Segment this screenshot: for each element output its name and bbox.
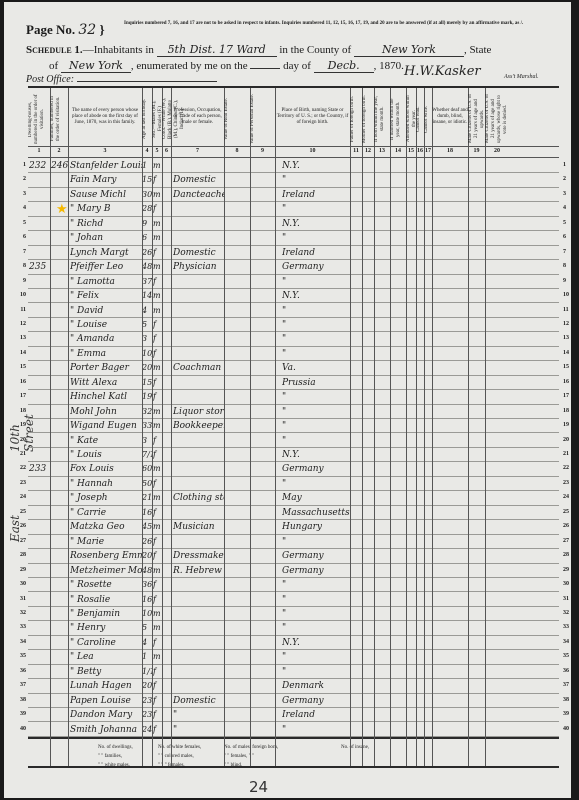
birthplace-cell: Germany xyxy=(282,260,350,274)
table-row: 3232" Benjamin10m" xyxy=(28,607,559,621)
column-number: 14 xyxy=(390,148,406,154)
column-header: Whether deaf and dumb, blind, insane, or… xyxy=(432,108,468,126)
table-row: 1212" Louise5f" xyxy=(28,318,559,332)
column-divider xyxy=(468,88,469,766)
dwelling-cell xyxy=(29,318,50,332)
birthplace-cell: " xyxy=(282,650,350,664)
name-cell: Metzheimer Moses xyxy=(70,564,142,578)
name-cell: Mohl John xyxy=(70,405,142,419)
column-header: Cannot write. xyxy=(424,94,432,144)
column-divider xyxy=(432,88,433,766)
table-row: 3333" Henry5m" xyxy=(28,621,559,635)
table-row: 1616Witt Alexa15fPrussia xyxy=(28,376,559,390)
birthplace-cell: " xyxy=(282,607,350,621)
name-cell: " Rosalie xyxy=(70,593,142,607)
line-number-left: 40 xyxy=(14,726,26,732)
dwelling-cell xyxy=(29,650,50,664)
footer-blind: " " blind, xyxy=(224,763,242,768)
family-cell xyxy=(51,621,68,635)
table-row: 66" Johan6m" xyxy=(28,231,559,245)
column-divider xyxy=(142,88,143,766)
name-cell: " Kate xyxy=(70,434,142,448)
name-cell: Dandon Mary xyxy=(70,708,142,722)
summary-footer: No. of dwellings, " " families, " " whit… xyxy=(28,737,559,770)
occupation-cell: R. Hebrew Clergyman xyxy=(173,564,224,578)
column-header: Mother of foreign birth. xyxy=(362,94,374,144)
column-number: 4 xyxy=(142,148,152,154)
sex-cell: f xyxy=(153,173,162,187)
month-field: Decb. xyxy=(314,59,374,73)
column-number: 20 xyxy=(485,148,509,154)
sex-cell: m xyxy=(153,304,162,318)
column-number: 6 xyxy=(162,148,171,154)
line-number-left: 23 xyxy=(14,480,26,486)
table-row: 2020" Kate3f" xyxy=(28,434,559,448)
line-number-left: 34 xyxy=(14,639,26,645)
birthplace-cell: N.Y. xyxy=(282,636,350,650)
line-number-right: 7 xyxy=(563,249,577,255)
family-cell xyxy=(51,260,68,274)
line-number-left: 10 xyxy=(14,292,26,298)
line-number-right: 10 xyxy=(563,292,577,298)
occupation-cell xyxy=(173,679,224,693)
column-number: 5 xyxy=(152,148,162,154)
family-cell xyxy=(51,477,68,491)
birthplace-cell: " xyxy=(282,723,350,737)
table-row: 3636" Betty1/12f" xyxy=(28,665,559,679)
occupation-cell: Clothing store xyxy=(173,491,224,505)
marshal-label: Ass't Marshal. xyxy=(504,74,539,80)
line-number-right: 20 xyxy=(563,437,577,443)
line-number-right: 21 xyxy=(563,451,577,457)
sex-cell: f xyxy=(153,506,162,520)
column-divider xyxy=(275,88,276,766)
line-number-left: 27 xyxy=(14,538,26,544)
column-divider xyxy=(152,88,153,766)
birthplace-cell: " xyxy=(282,477,350,491)
birthplace-cell: " xyxy=(282,621,350,635)
family-cell xyxy=(51,419,68,433)
dwelling-cell xyxy=(29,694,50,708)
line-number-left: 12 xyxy=(14,321,26,327)
occupation-cell: Coachman xyxy=(173,361,224,375)
birthplace-cell: " xyxy=(282,202,350,216)
family-cell xyxy=(51,361,68,375)
dwelling-cell xyxy=(29,448,50,462)
birthplace-cell: N.Y. xyxy=(282,448,350,462)
column-divider xyxy=(250,88,251,766)
column-divider xyxy=(485,88,486,766)
dwelling-cell xyxy=(29,477,50,491)
column-divider xyxy=(362,88,363,766)
birthplace-cell: " xyxy=(282,304,350,318)
table-row: 4040Smith Johanna24f"" xyxy=(28,723,559,737)
table-row: 3535" Lea1m" xyxy=(28,650,559,664)
line-number-left: 11 xyxy=(14,307,26,313)
dwelling-cell: 233 xyxy=(29,462,50,476)
dwelling-cell xyxy=(29,607,50,621)
name-cell: Fain Mary xyxy=(70,173,142,187)
table-row: 2626Matzka Geo45mMusicianHungary xyxy=(28,520,559,534)
line-number-left: 5 xyxy=(14,220,26,226)
column-number: 19 xyxy=(468,148,485,154)
family-cell xyxy=(51,217,68,231)
occupation-cell xyxy=(173,289,224,303)
occupation-cell: " xyxy=(173,723,224,737)
page-number: 32 xyxy=(78,22,96,38)
star-icon[interactable]: ★ xyxy=(56,202,68,216)
birthplace-cell: Germany xyxy=(282,549,350,563)
line-number-right: 27 xyxy=(563,538,577,544)
table-row: 2929Metzheimer Moses48mR. Hebrew Clergym… xyxy=(28,564,559,578)
sex-cell: f xyxy=(153,202,162,216)
sex-cell: f xyxy=(153,347,162,361)
occupation-cell xyxy=(173,304,224,318)
name-cell: " Lamotta xyxy=(70,275,142,289)
column-number: 3 xyxy=(68,148,142,154)
column-number: 18 xyxy=(432,148,468,154)
column-divider xyxy=(374,88,375,766)
line-number-right: 40 xyxy=(563,726,577,732)
footer-white-females: No. of white females, xyxy=(158,745,201,750)
occupation-cell: " xyxy=(173,708,224,722)
occupation-cell xyxy=(173,159,224,173)
line-number-left: 22 xyxy=(14,465,26,471)
name-cell: " Henry xyxy=(70,621,142,635)
sex-cell: m xyxy=(153,159,162,173)
column-header: Value of Real Estate. xyxy=(224,94,250,144)
family-cell xyxy=(51,304,68,318)
line-number-right: 11 xyxy=(563,307,577,313)
occupation-cell xyxy=(173,535,224,549)
dwelling-cell xyxy=(29,376,50,390)
post-office-field xyxy=(77,81,217,82)
table-row: 3131" Rosalie16f" xyxy=(28,593,559,607)
line-number-left: 14 xyxy=(14,350,26,356)
dwelling-cell xyxy=(29,723,50,737)
line-number-right: 8 xyxy=(563,263,577,269)
footer-colored-males: " " colored males, xyxy=(158,754,194,759)
family-cell xyxy=(51,289,68,303)
line-number-left: 2 xyxy=(14,176,26,182)
occupation-cell xyxy=(173,275,224,289)
table-row: 99" Lamotta37f" xyxy=(28,275,559,289)
birthplace-cell: Germany xyxy=(282,564,350,578)
table-row: 2828Rosenberg Emma20fDressmakerGermany xyxy=(28,549,559,563)
family-cell xyxy=(51,679,68,693)
occupation-cell xyxy=(173,593,224,607)
line-number-right: 34 xyxy=(563,639,577,645)
column-divider xyxy=(416,88,417,766)
schedule-text: —Inhabitants in xyxy=(83,44,154,56)
family-cell xyxy=(51,708,68,722)
line-number-left: 30 xyxy=(14,581,26,587)
county-label: in the County of xyxy=(279,44,351,56)
column-divider xyxy=(390,88,391,766)
enumerated-label: , enumerated by me on the xyxy=(131,60,248,72)
dwelling-cell xyxy=(29,361,50,375)
table-row: 77Lynch Margt26fDomesticIreland xyxy=(28,246,559,260)
birthplace-cell: Massachusetts xyxy=(282,506,350,520)
column-header: Male Citizens of U.S. of 21 years of age… xyxy=(468,94,485,144)
sex-cell: f xyxy=(153,275,162,289)
line-number-left: 39 xyxy=(14,711,26,717)
family-cell xyxy=(51,636,68,650)
birthplace-cell: " xyxy=(282,332,350,346)
dwelling-cell xyxy=(29,217,50,231)
family-cell xyxy=(51,275,68,289)
line-number-left: 32 xyxy=(14,610,26,616)
line-number-left: 3 xyxy=(14,191,26,197)
dwelling-cell: 232 xyxy=(29,159,50,173)
column-number: 11 xyxy=(350,148,362,154)
occupation-cell xyxy=(173,578,224,592)
sex-cell: m xyxy=(153,260,162,274)
column-header: Profession, Occupation, or Trade of each… xyxy=(171,108,224,126)
line-number-right: 3 xyxy=(563,191,577,197)
occupation-cell xyxy=(173,376,224,390)
table-row: 2727" Marie26f" xyxy=(28,535,559,549)
dwelling-cell xyxy=(29,289,50,303)
birthplace-cell: " xyxy=(282,173,350,187)
day-field xyxy=(250,68,280,69)
dwelling-cell xyxy=(29,173,50,187)
footer-males-foreign: No. of males, foreign born, xyxy=(224,745,278,750)
family-cell xyxy=(51,535,68,549)
birthplace-cell: Ireland xyxy=(282,246,350,260)
name-cell: Fox Louis xyxy=(70,462,142,476)
family-cell xyxy=(51,231,68,245)
dwelling-cell xyxy=(29,347,50,361)
table-row: 22Fain Mary15fDomestic" xyxy=(28,173,559,187)
family-cell xyxy=(51,188,68,202)
column-header: Attended school within the year. xyxy=(406,94,416,144)
family-cell: 246 xyxy=(51,159,68,173)
line-number-right: 33 xyxy=(563,624,577,630)
occupation-cell xyxy=(173,665,224,679)
birthplace-cell: Ireland xyxy=(282,188,350,202)
family-cell xyxy=(51,173,68,187)
name-cell: Pfeiffer Leo xyxy=(70,260,142,274)
sex-cell: m xyxy=(153,520,162,534)
line-number-right: 22 xyxy=(563,465,577,471)
table-row: 3838Papen Louise23fDomesticGermany xyxy=(28,694,559,708)
sex-cell: f xyxy=(153,318,162,332)
table-row: 3434" Caroline4fN.Y. xyxy=(28,636,559,650)
column-header: Value of Personal Estate. xyxy=(250,94,275,144)
birthplace-cell: " xyxy=(282,275,350,289)
birthplace-cell: " xyxy=(282,578,350,592)
census-page: Page No. 32 } Inquiries numbered 7, 16, … xyxy=(4,2,571,798)
table-row: 1111" David4m" xyxy=(28,304,559,318)
birthplace-cell: " xyxy=(282,318,350,332)
family-cell xyxy=(51,549,68,563)
table-row: 55" Richd9mN.Y. xyxy=(28,217,559,231)
schedule-label: Schedule 1. xyxy=(26,44,83,56)
occupation-cell xyxy=(173,202,224,216)
family-cell xyxy=(51,405,68,419)
column-header: If born within the year, state month. xyxy=(374,94,390,144)
dwelling-cell xyxy=(29,520,50,534)
sex-cell: m xyxy=(153,607,162,621)
table-row: 1717Hinchel Katl19f" xyxy=(28,390,559,404)
line-number-right: 23 xyxy=(563,480,577,486)
table-row: 11232246Stanfelder Louis1mN.Y. xyxy=(28,159,559,173)
dwelling-cell xyxy=(29,535,50,549)
dwelling-cell xyxy=(29,419,50,433)
family-cell xyxy=(51,694,68,708)
line-number-right: 1 xyxy=(563,162,577,168)
birthplace-cell: Prussia xyxy=(282,376,350,390)
sex-cell: f xyxy=(153,679,162,693)
sex-cell: m xyxy=(153,419,162,433)
county-field: New York xyxy=(354,43,464,57)
sex-cell: f xyxy=(153,708,162,722)
dwelling-cell xyxy=(29,188,50,202)
column-divider xyxy=(406,88,407,766)
sex-cell: m xyxy=(153,564,162,578)
line-number-right: 37 xyxy=(563,682,577,688)
name-cell: Papen Louise xyxy=(70,694,142,708)
line-number-right: 38 xyxy=(563,697,577,703)
table-row: 2121" Louis7/12fN.Y. xyxy=(28,448,559,462)
of-label: of xyxy=(49,60,58,72)
dwelling-cell xyxy=(29,405,50,419)
column-number: 13 xyxy=(374,148,390,154)
birthplace-cell: " xyxy=(282,390,350,404)
line-number-right: 16 xyxy=(563,379,577,385)
sex-cell: m xyxy=(153,217,162,231)
line-number-left: 17 xyxy=(14,393,26,399)
name-cell: Rosenberg Emma xyxy=(70,549,142,563)
family-cell xyxy=(51,593,68,607)
family-cell xyxy=(51,520,68,534)
name-cell: " Richd xyxy=(70,217,142,231)
table-row: 1515Porter Bager20mCoachmanVa. xyxy=(28,361,559,375)
dwelling-cell: 235 xyxy=(29,260,50,274)
name-cell: Sause Michl xyxy=(70,188,142,202)
dwelling-cell xyxy=(29,564,50,578)
line-number-right: 28 xyxy=(563,552,577,558)
sex-cell: m xyxy=(153,491,162,505)
table-row: 1818Mohl John32mLiquor store" xyxy=(28,405,559,419)
name-cell: " David xyxy=(70,304,142,318)
column-number: 12 xyxy=(362,148,374,154)
family-cell xyxy=(51,347,68,361)
birthplace-cell: " xyxy=(282,434,350,448)
column-number: 1 xyxy=(28,148,50,154)
line-number-left: 9 xyxy=(14,278,26,284)
table-row: 2525" Carrie16fMassachusetts xyxy=(28,506,559,520)
sex-cell: f xyxy=(153,636,162,650)
sex-cell: f xyxy=(153,448,162,462)
line-number-right: 6 xyxy=(563,234,577,240)
dwelling-cell xyxy=(29,434,50,448)
dwelling-cell xyxy=(29,231,50,245)
name-cell: " Johan xyxy=(70,231,142,245)
column-divider xyxy=(50,88,51,766)
sex-cell: m xyxy=(153,289,162,303)
birthplace-cell: Va. xyxy=(282,361,350,375)
line-number-left: 20 xyxy=(14,437,26,443)
line-number-right: 12 xyxy=(563,321,577,327)
column-divider xyxy=(171,88,172,766)
occupation-cell xyxy=(173,332,224,346)
line-number-left: 31 xyxy=(14,596,26,602)
line-number-left: 7 xyxy=(14,249,26,255)
occupation-cell xyxy=(173,462,224,476)
line-number-right: 9 xyxy=(563,278,577,284)
line-number-right: 5 xyxy=(563,220,577,226)
day-of-label: day of xyxy=(283,60,311,72)
footer-families: " " families, xyxy=(98,754,122,759)
line-number-right: 19 xyxy=(563,422,577,428)
dwelling-cell xyxy=(29,304,50,318)
census-table: 1234567891011121314151617181920 11232246… xyxy=(28,86,559,768)
occupation-cell: Domestic xyxy=(173,694,224,708)
family-cell xyxy=(51,564,68,578)
dwelling-cell xyxy=(29,332,50,346)
birthplace-cell: " xyxy=(282,419,350,433)
occupation-cell: Musician xyxy=(173,520,224,534)
column-header: Cannot read. xyxy=(416,94,424,144)
year-label: , 1870. xyxy=(374,60,404,72)
sex-cell: f xyxy=(153,694,162,708)
occupation-cell xyxy=(173,448,224,462)
birthplace-cell: N.Y. xyxy=(282,289,350,303)
column-divider xyxy=(68,88,69,766)
family-cell xyxy=(51,448,68,462)
table-row: 3030" Rosette36f" xyxy=(28,578,559,592)
birthplace-cell: N.Y. xyxy=(282,159,350,173)
column-header: Dwelling-houses, numbered in the order o… xyxy=(28,94,50,144)
occupation-cell: Bookkeeper xyxy=(173,419,224,433)
name-cell: " Mary B xyxy=(70,202,142,216)
line-number-left: 33 xyxy=(14,624,26,630)
line-number-right: 24 xyxy=(563,494,577,500)
dwelling-cell xyxy=(29,679,50,693)
name-cell: Wigand Eugen xyxy=(70,419,142,433)
page-number-line: Page No. 32 } xyxy=(26,22,105,38)
table-row: 1919Wigand Eugen33mBookkeeper" xyxy=(28,419,559,433)
line-number-left: 36 xyxy=(14,668,26,674)
column-divider xyxy=(350,88,351,766)
line-number-right: 32 xyxy=(563,610,577,616)
sex-cell: m xyxy=(153,405,162,419)
line-number-left: 15 xyxy=(14,364,26,370)
family-cell xyxy=(51,506,68,520)
family-cell xyxy=(51,723,68,737)
name-cell: " Betty xyxy=(70,665,142,679)
district-field: 5th Dist. 17 Ward xyxy=(157,43,277,57)
footer-white-males: " " white males, xyxy=(98,763,130,768)
line-number-left: 21 xyxy=(14,451,26,457)
name-cell: " Marie xyxy=(70,535,142,549)
dwelling-cell xyxy=(29,708,50,722)
sex-cell: f xyxy=(153,477,162,491)
line-number-right: 31 xyxy=(563,596,577,602)
dwelling-cell xyxy=(29,506,50,520)
column-number: 9 xyxy=(250,148,275,154)
line-number-right: 14 xyxy=(563,350,577,356)
occupation-cell: Domestic xyxy=(173,246,224,260)
page-footer-number: 24 xyxy=(249,778,268,796)
line-number-left: 29 xyxy=(14,567,26,573)
schedule-line: Schedule 1.—Inhabitants in 5th Dist. 17 … xyxy=(26,43,491,57)
column-number-row: 1234567891011121314151617181920 xyxy=(28,146,559,158)
family-cell xyxy=(51,462,68,476)
name-cell: Matzka Geo xyxy=(70,520,142,534)
